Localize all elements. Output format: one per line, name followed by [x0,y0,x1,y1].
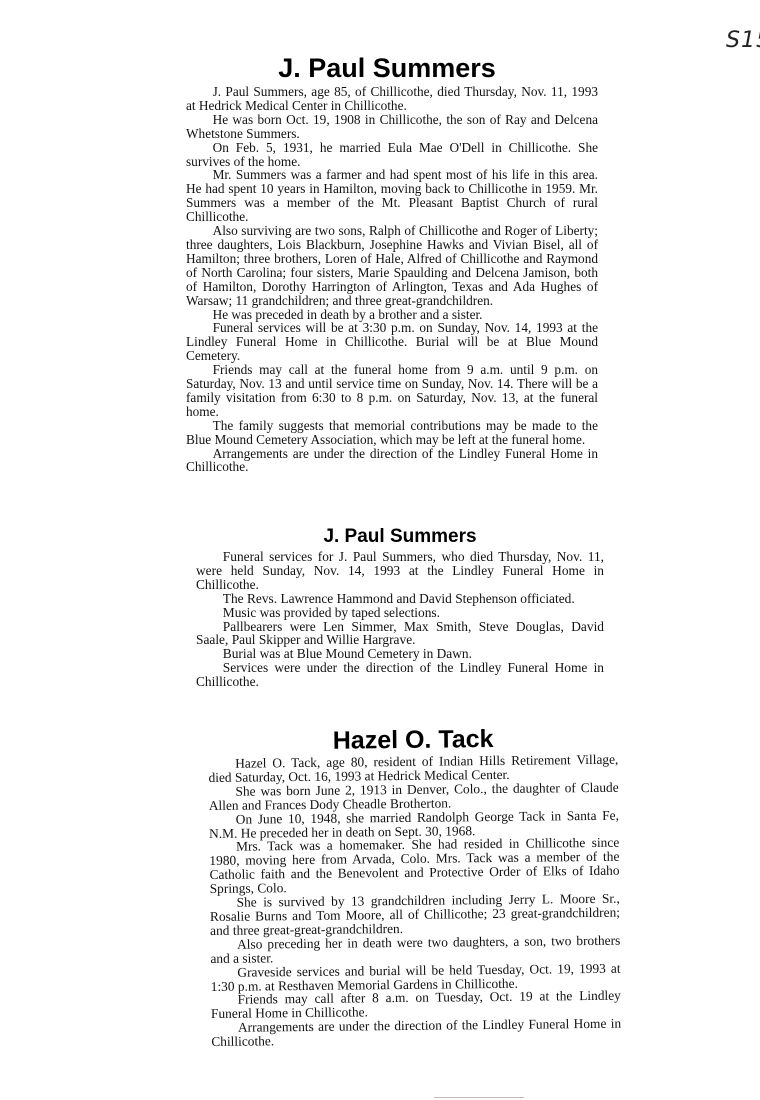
paragraph: He was born Oct. 19, 1908 in Chillicothe… [186,113,598,141]
paragraph: Music was provided by taped selections. [196,606,604,620]
paragraph: Arrangements are under the direction of … [186,447,598,475]
paragraph: Friends may call at the funeral home fro… [186,363,598,419]
obituary-body: Hazel O. Tack, age 80, resident of India… [208,753,621,1049]
bottom-rule [434,1097,524,1098]
paragraph: The family suggests that memorial contri… [186,419,598,447]
obituary-body: Funeral services for J. Paul Summers, wh… [196,550,604,689]
paragraph: The Revs. Lawrence Hammond and David Ste… [196,592,604,606]
paragraph: Pallbearers were Len Simmer, Max Smith, … [196,620,604,648]
paragraph: He was preceded in death by a brother an… [186,308,598,322]
obituary-body: J. Paul Summers, age 85, of Chillicothe,… [186,85,598,474]
obituary-summers: J. Paul Summers J. Paul Summers, age 85,… [186,52,598,474]
paragraph: On Feb. 5, 1931, he married Eula Mae O'D… [186,141,598,169]
paragraph: Mrs. Tack was a homemaker. She had resid… [209,836,620,896]
obituary-heading: Hazel O. Tack [208,724,618,756]
paragraph: Also surviving are two sons, Ralph of Ch… [186,224,598,307]
paragraph: She is survived by 13 grandchildren incl… [210,892,620,938]
paragraph: Mr. Summers was a farmer and had spent m… [186,168,598,224]
paragraph: Services were under the direction of the… [196,661,604,689]
paragraph: Arrangements are under the direction of … [211,1017,621,1049]
paragraph: J. Paul Summers, age 85, of Chillicothe,… [186,85,598,113]
paragraph: Funeral services will be at 3:30 p.m. on… [186,321,598,363]
paragraph: Burial was at Blue Mound Cemetery in Daw… [196,647,604,661]
obituary-heading: J. Paul Summers [176,52,598,84]
paragraph: Funeral services for J. Paul Summers, wh… [196,550,604,592]
handwritten-page-mark: S15 [726,28,760,53]
obituary-heading: J. Paul Summers [196,525,604,549]
obituary-summers-services: J. Paul Summers Funeral services for J. … [196,525,604,689]
obituary-tack: Hazel O. Tack Hazel O. Tack, age 80, res… [208,724,621,1049]
